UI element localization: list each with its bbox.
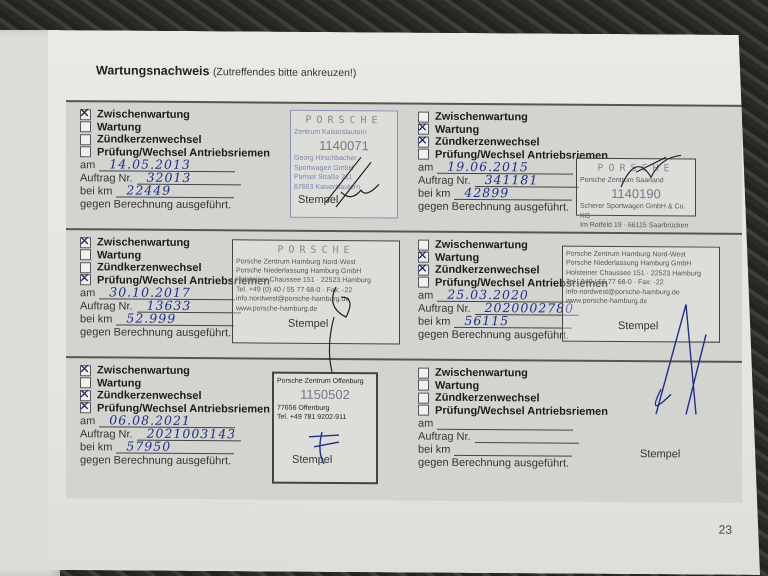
field-line[interactable] — [454, 443, 572, 457]
stamp-line: Tel. +49 781 9202-911 — [277, 413, 373, 423]
field-label: am — [80, 159, 95, 171]
handwritten-value: 52.999 — [126, 311, 176, 326]
field-label: am — [418, 290, 433, 302]
checkbox-label: Zwischenwartung — [435, 111, 528, 124]
field-line[interactable]: 22449 — [116, 184, 234, 198]
field-label: Auftrag Nr. — [80, 300, 133, 312]
field-km[interactable]: bei km — [418, 443, 748, 458]
checkbox-label: Zwischenwartung — [435, 367, 528, 380]
unchecked-box-icon[interactable] — [418, 392, 429, 403]
stamp-line: 1140190 — [580, 185, 692, 203]
stamp-line: www.porsche-hamburg.de — [236, 304, 396, 315]
checkbox-label: Wartung — [435, 251, 479, 263]
checkbox-label: Wartung — [97, 121, 141, 133]
checkbox-label: Zündkerzenwechsel — [435, 392, 540, 405]
field-line[interactable]: 42899 — [454, 187, 572, 201]
unchecked-box-icon[interactable] — [80, 134, 91, 145]
field-label: bei km — [80, 185, 112, 197]
checkbox-label: Prüfung/Wechsel Antriebsriemen — [435, 404, 608, 417]
checkbox-label: Zwischenwartung — [97, 109, 190, 122]
field-label: Auftrag Nr. — [80, 172, 133, 184]
field-label: am — [418, 418, 433, 430]
field-label: bei km — [418, 444, 450, 456]
field-line[interactable]: 52.999 — [116, 312, 234, 326]
unchecked-box-icon[interactable] — [418, 380, 429, 391]
field-line[interactable]: 56115 — [454, 315, 572, 329]
checked-box-icon[interactable] — [80, 109, 91, 120]
unchecked-box-icon[interactable] — [80, 249, 91, 260]
field-line[interactable]: 57950 — [116, 440, 234, 454]
field-label: bei km — [80, 441, 112, 453]
page-title: Wartungsnachweis (Zutreffendes bitte ank… — [96, 63, 356, 79]
title-text: Wartungsnachweis — [96, 63, 209, 78]
checkbox-label: Wartung — [435, 379, 479, 391]
handwritten-value: 57950 — [126, 439, 171, 454]
stamp-line: 1150502 — [277, 386, 373, 404]
service-record-page: Wartungsnachweis (Zutreffendes bitte ank… — [48, 30, 760, 575]
stamp-line: Pariser Straße 211 — [294, 173, 394, 183]
stamp-label: Stempel — [288, 318, 328, 330]
checkbox-label: Zündkerzenwechsel — [97, 262, 202, 275]
unchecked-box-icon[interactable] — [80, 146, 91, 157]
stamp-line: Zentrum Kaiserslautern — [294, 127, 394, 137]
checkbox-label: Zündkerzenwechsel — [97, 390, 202, 403]
stamp-label: Stempel — [292, 454, 332, 466]
porsche-logo: PORSCHE — [580, 162, 692, 176]
field-label: bei km — [418, 188, 450, 200]
unchecked-box-icon[interactable] — [80, 121, 91, 132]
stamp-line: 67663 Kaiserslautern — [294, 183, 394, 193]
title-instruction: (Zutreffendes bitte ankreuzen!) — [213, 66, 356, 79]
field-line[interactable] — [475, 430, 579, 444]
stamp-label: Stempel — [640, 448, 680, 460]
stamp-line: www.porsche-hamburg.de — [566, 297, 716, 307]
checkbox-label: Wartung — [97, 249, 141, 261]
stamp-label: Stempel — [618, 320, 658, 332]
unchecked-box-icon[interactable] — [418, 149, 429, 160]
field-label: Auftrag Nr. — [418, 303, 471, 315]
field-label: Auftrag Nr. — [418, 175, 471, 187]
page-number: 23 — [719, 523, 732, 537]
confirmation-text: gegen Berechnung ausgeführt. — [418, 457, 748, 471]
unchecked-box-icon[interactable] — [418, 277, 429, 288]
stamp-line: Im Rotfeld 19 · 66115 Saarbrücken — [580, 221, 692, 231]
field-label: am — [418, 162, 433, 174]
field-label: am — [80, 287, 95, 299]
handwritten-value: 56115 — [464, 313, 509, 328]
handwritten-value: 42899 — [464, 185, 509, 200]
unchecked-box-icon[interactable] — [418, 367, 429, 378]
checked-box-icon[interactable] — [80, 365, 91, 376]
dealer-stamp: Porsche Zentrum Offenburg115050277656 Of… — [272, 372, 378, 485]
checkbox-label: Zündkerzenwechsel — [435, 136, 540, 149]
service-entries-panel: ZwischenwartungWartungZündkerzenwechselP… — [66, 100, 742, 503]
checked-box-icon[interactable] — [418, 264, 429, 275]
field-label: bei km — [80, 313, 112, 325]
field-label: am — [80, 415, 95, 427]
handwritten-value: 22449 — [126, 183, 171, 198]
unchecked-box-icon[interactable] — [418, 405, 429, 416]
checked-box-icon[interactable] — [418, 136, 429, 147]
stamp-line: Porsche Zentrum Saarland — [580, 175, 692, 185]
porsche-logo: PORSCHE — [236, 243, 396, 258]
checkbox-label: Zündkerzenwechsel — [97, 134, 202, 147]
checkbox-label: Wartung — [435, 123, 479, 135]
service-entry: ZwischenwartungWartungZündkerzenwechselP… — [418, 367, 748, 489]
field-label: Auftrag Nr. — [418, 431, 471, 443]
field-line[interactable] — [437, 417, 573, 431]
stamp-label: Stempel — [298, 194, 338, 206]
checked-box-icon[interactable] — [80, 402, 91, 413]
stamp-line: Scherer Sportwagen GmbH & Co. KG — [580, 202, 692, 222]
divider — [66, 100, 742, 107]
field-label: Auftrag Nr. — [80, 428, 133, 440]
field-date[interactable]: am — [418, 417, 748, 432]
porsche-logo: PORSCHE — [294, 114, 394, 128]
checkbox-label: Zwischenwartung — [97, 237, 190, 250]
checked-box-icon[interactable] — [80, 237, 91, 248]
checkbox-label: Zwischenwartung — [435, 239, 528, 252]
checkbox-label: Wartung — [97, 377, 141, 389]
checkbox-label: Zwischenwartung — [97, 365, 190, 378]
checked-box-icon[interactable] — [80, 274, 91, 285]
field-label: bei km — [418, 316, 450, 328]
stamp-line: 1140071 — [294, 137, 394, 155]
checkbox-label: Zündkerzenwechsel — [435, 264, 540, 277]
stamp-line: Porsche Zentrum Offenburg — [277, 377, 373, 387]
dealer-stamp: PORSCHEPorsche Zentrum Saarland1140190Sc… — [576, 158, 696, 217]
